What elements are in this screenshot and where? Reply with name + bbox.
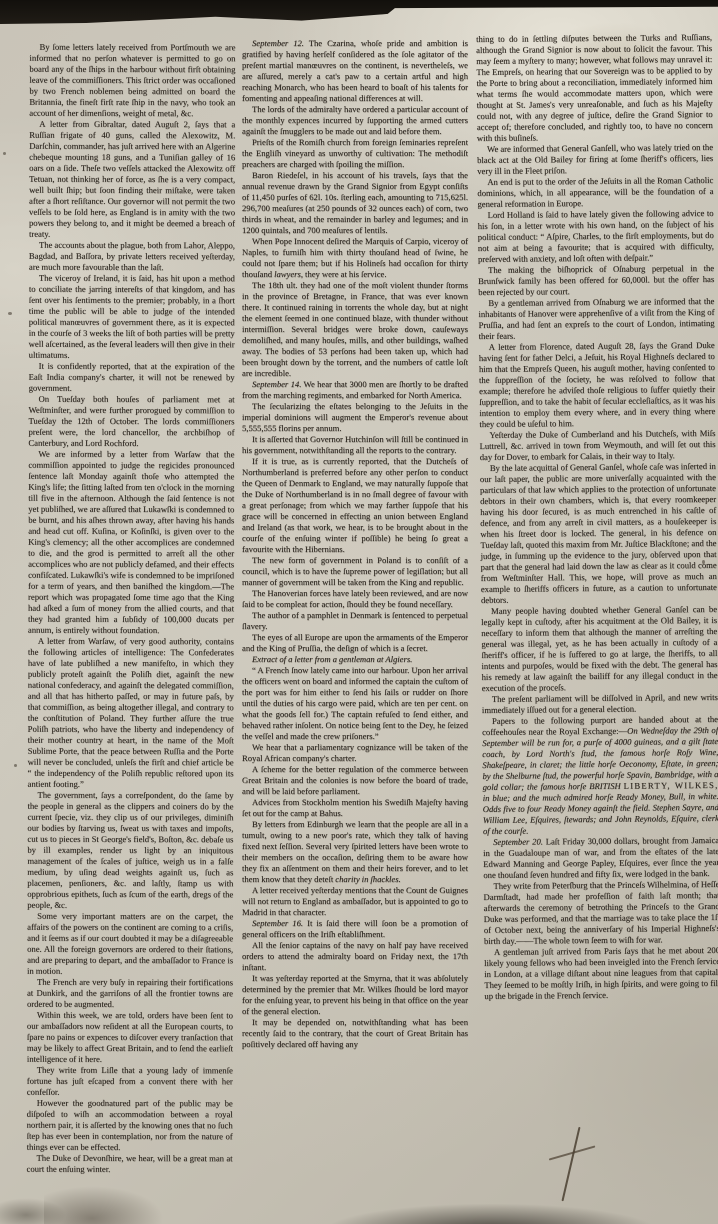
text-run: Lord Holland is ſaid to have lately give… <box>478 208 714 264</box>
paragraph: Papers to the following purport are hand… <box>482 714 718 837</box>
text-run: It is aſſerted that Governor Hutchinſon … <box>242 434 468 455</box>
paragraph: On Tueſday both houſes of parliament met… <box>28 394 234 450</box>
text-run: We are informed that General Ganſell, wh… <box>477 142 713 176</box>
paragraph: Some very important matters are on the c… <box>27 911 233 978</box>
text-run: We hear that a parliamentary cognizance … <box>242 742 468 763</box>
paragraph: An end is put to the order of the Jeſuit… <box>477 175 713 210</box>
column-2: September 12. The Czarina, whoſe pride a… <box>242 38 468 1050</box>
text-run: Advices from Stockholm mention his Swedi… <box>242 797 468 818</box>
ink-speck <box>702 560 705 564</box>
text-run: September 16. <box>252 918 303 928</box>
text-run: However the goodnatured part of the publ… <box>27 1098 233 1152</box>
text-run: Some very important matters are on the c… <box>27 911 233 976</box>
text-run: It was yeſterday reported at the Smyrna,… <box>242 973 468 1016</box>
paragraph: The preſent parliament will be diſſolved… <box>482 692 718 716</box>
paragraph: All the ſenior captains of the navy on h… <box>242 940 468 973</box>
paragraph: It is aſſerted that Governor Hutchinſon … <box>242 434 468 456</box>
text-run: Prieſts of the Romiſh church from foreig… <box>242 137 468 169</box>
text-run: A gentleman juſt arrived from Paris ſays… <box>484 945 718 1001</box>
text-run: lawyers <box>274 269 301 279</box>
text-run: By the late acquittal of General Ganſel,… <box>480 461 717 605</box>
text-run: The accounts about the plague, both from… <box>29 240 235 272</box>
text-run: It may be depended on, notwithſtanding w… <box>242 1017 468 1049</box>
text-run: The French are very buſy in repairing th… <box>27 977 233 1009</box>
ink-speck <box>8 312 12 315</box>
text-run: They write from Peterſburg that the Prin… <box>483 879 718 946</box>
ink-stroke <box>561 1127 580 1201</box>
text-run: By ſome letters lately received from Por… <box>29 42 235 118</box>
paragraph: However the goodnatured part of the publ… <box>27 1098 233 1154</box>
paragraph: thing to do in ſettling diſputes between… <box>476 32 713 144</box>
paragraph: September 14. We hear that 3000 men are … <box>242 379 468 401</box>
paragraph: “ A French ſnow lately came into our har… <box>242 665 468 742</box>
paragraph: By ſome letters lately received from Por… <box>29 42 235 120</box>
text-run: Within this week, we are told, orders ha… <box>27 1010 233 1064</box>
text-run: LIBERTY, WILKES, <box>624 780 718 791</box>
paragraph: September 12. The Czarina, whoſe pride a… <box>242 38 468 104</box>
text-run: Baron Riedeſel, in his account of his tr… <box>242 170 468 235</box>
text-run: Yeſterday the Duke of Cumberland and his… <box>480 428 716 462</box>
paragraph: The ſecularizing the eſtates belonging t… <box>242 401 468 434</box>
paragraph: The viceroy of Ireland, it is ſaid, has … <box>29 273 235 362</box>
smudge-bottom-corner <box>0 1198 66 1224</box>
ink-speck <box>3 152 6 155</box>
paragraph: The Duke of Devonſhire, we hear, will be… <box>27 1153 233 1176</box>
text-run: charity in ſhackles. <box>335 874 400 884</box>
text-run: A letter from Gibraltar, dated Auguſt 2,… <box>29 119 235 239</box>
paragraph: Extract of a letter from a gentleman at … <box>242 654 468 665</box>
paragraph: We are informed that General Ganſell, wh… <box>477 142 713 177</box>
text-run: The 18th ult. they had one of the moſt v… <box>242 280 468 378</box>
text-run: The Duke of Devonſhire, we hear, will be… <box>27 1153 233 1174</box>
text-run: An end is put to the order of the Jeſuit… <box>477 175 713 209</box>
text-run: The ſecularizing the eſtates belonging t… <box>242 401 468 433</box>
text-run: The viceroy of Ireland, it is ſaid, has … <box>29 273 235 360</box>
text-run: The lords of the admiralty have ordered … <box>242 104 468 136</box>
column-3: thing to do in ſettling diſputes between… <box>476 32 718 1002</box>
paragraph: Lord Holland is ſaid to have lately give… <box>478 208 714 265</box>
text-run: By a gentleman arrived from Oſnaburg we … <box>478 296 714 341</box>
paragraph: The eyes of all Europe are upon the arma… <box>242 632 468 654</box>
paragraph: The lords of the admiralty have ordered … <box>242 104 468 137</box>
handwritten-ink-mark <box>550 1126 596 1204</box>
smudge-bottom-center <box>326 1204 656 1224</box>
text-run: They write from Liſle that a young lady … <box>27 1065 233 1097</box>
paragraph: The making the biſhoprick of Oſnaburg pe… <box>478 263 714 298</box>
text-run: The preſent parliament will be diſſolved… <box>482 692 718 715</box>
paragraph: The Hanoverian forces have lately been r… <box>242 588 468 610</box>
paragraph: We are informed by a letter from Warſaw … <box>28 449 234 637</box>
text-run: A letter received yeſterday mentions tha… <box>242 885 468 917</box>
text-run: All the ſenior captains of the navy on h… <box>242 940 468 972</box>
text-run: September 12. <box>252 38 304 48</box>
text-run: On Tueſday both houſes of parliament met… <box>28 394 234 448</box>
text-run: “ A French ſnow lately came into our har… <box>242 665 468 741</box>
paragraph: Yeſterday the Duke of Cumberland and his… <box>479 428 715 463</box>
text-run: A ſcheme for the better regulation of th… <box>242 764 468 796</box>
paragraph: A gentleman juſt arrived from Paris ſays… <box>484 945 718 1002</box>
scan-edge-top <box>0 0 718 24</box>
paragraph: A letter from Gibraltar, dated Auguſt 2,… <box>29 119 235 241</box>
text-run: The new form of government in Poland is … <box>242 555 468 587</box>
paragraph: They write from Liſle that a young lady … <box>27 1065 233 1099</box>
paragraph: It may be depended on, notwithſtanding w… <box>242 1017 468 1050</box>
text-run: in blue; and the much admired horſe Read… <box>483 791 718 836</box>
columns: By ſome letters lately received from Por… <box>28 36 712 1175</box>
newspaper-page: By ſome letters lately received from Por… <box>0 0 718 1224</box>
paragraph: A ſcheme for the better regulation of th… <box>242 764 468 797</box>
text-run: The author of a pamphlet in Denmark is ſ… <box>242 610 468 631</box>
paragraph: The French are very buſy in repairing th… <box>27 977 233 1011</box>
text-run: September 14. <box>252 379 301 389</box>
text-run: September 20. <box>493 836 543 846</box>
text-run: A letter from Florence, dated Auguſt 28,… <box>479 340 716 429</box>
text-run: The government, ſays a correſpondent, do… <box>27 790 233 910</box>
paragraph: It was yeſterday reported at the Smyrna,… <box>242 973 468 1017</box>
text-run: The Hanoverian forces have lately been r… <box>242 588 468 609</box>
paragraph: Advices from Stockholm mention his Swedi… <box>242 797 468 819</box>
paragraph: By the late acquittal of General Ganſel,… <box>480 461 717 606</box>
paragraph: The government, ſays a correſpondent, do… <box>27 790 233 912</box>
paragraph: Many people having doubted whether Gener… <box>481 604 718 694</box>
paragraph: The author of a pamphlet in Denmark is ſ… <box>242 610 468 632</box>
text-run: The making the biſhoprick of Oſnaburg pe… <box>478 263 714 297</box>
paragraph: By letters from Edinburgh we learn that … <box>242 819 468 885</box>
paragraph: A letter from Warſaw, of very good autho… <box>28 636 234 791</box>
paragraph: The accounts about the plague, both from… <box>29 240 235 274</box>
text-run: It is confidently reported, that at the … <box>29 361 235 393</box>
paragraph: By a gentleman arrived from Oſnaburg we … <box>478 296 714 342</box>
paragraph: They write from Peterſburg that the Prin… <box>483 879 718 947</box>
paragraph: Prieſts of the Romiſh church from foreig… <box>242 137 468 170</box>
text-run: thing to do in ſettling diſputes between… <box>476 32 713 143</box>
text-run: Many people having doubted whether Gener… <box>481 604 718 693</box>
paragraph: September 20. Laſt Friday 30,000 dollars… <box>483 835 718 881</box>
paragraph: The 18th ult. they had one of the moſt v… <box>242 280 468 379</box>
text-run: , they were at his ſervice. <box>301 269 387 279</box>
paragraph: We hear that a parliamentary cognizance … <box>242 742 468 764</box>
paragraph: A letter received yeſterday mentions tha… <box>242 885 468 918</box>
paragraph: Within this week, we are told, orders ha… <box>27 1010 233 1066</box>
paragraph: September 16. It is ſaid there will ſoon… <box>242 918 468 940</box>
text-run: If it is true, as is currently reported,… <box>242 456 468 554</box>
paragraph: Baron Riedeſel, in his account of his tr… <box>242 170 468 236</box>
text-run: Extract of a letter from a gentleman at … <box>252 654 412 664</box>
column-1: By ſome letters lately received from Por… <box>27 42 236 1176</box>
ink-speck <box>14 764 17 767</box>
paragraph: When Pope Innocent deſired the Marquis o… <box>242 236 468 280</box>
paragraph: The new form of government in Poland is … <box>242 555 468 588</box>
text-run: The eyes of all Europe are upon the arma… <box>242 632 468 653</box>
text-run: A letter from Warſaw, of very good autho… <box>28 636 234 789</box>
text-run: We are informed by a letter from Warſaw … <box>28 449 234 635</box>
paragraph: If it is true, as is currently reported,… <box>242 456 468 555</box>
paragraph: A letter from Florence, dated Auguſt 28,… <box>479 340 716 430</box>
paragraph: It is confidently reported, that at the … <box>29 361 235 395</box>
